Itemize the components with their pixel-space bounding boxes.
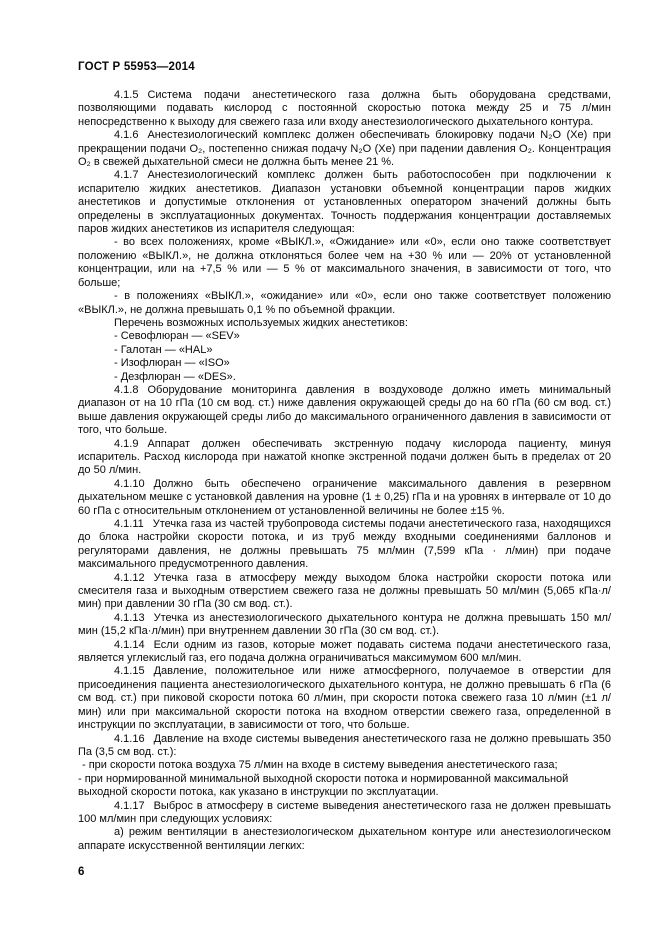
- paragraph-4-1-14: 4.1.14Если одним из газов, которые может…: [78, 639, 611, 666]
- list-item-accuracy-off: - в положениях «ВЫКЛ.», «ожидание» или «…: [78, 290, 611, 317]
- clause-text: - в положениях «ВЫКЛ.», «ожидание» или «…: [78, 290, 611, 315]
- clause-text: Система подачи анестетического газа долж…: [78, 89, 611, 128]
- clause-text: - Изофлюран — «ISO»: [114, 357, 230, 369]
- paragraph-4-1-9: 4.1.9Аппарат должен обеспечивать экстрен…: [78, 438, 611, 478]
- paragraph-4-1-16: 4.1.16Давление на входе системы выведени…: [78, 733, 611, 760]
- paragraph-4-1-10: 4.1.10Должно быть обеспечено ограничение…: [78, 478, 611, 518]
- clause-number: 4.1.13: [114, 612, 145, 624]
- clause-number: 4.1.5: [114, 89, 138, 101]
- clause-number: 4.1.16: [114, 733, 145, 745]
- document-body: 4.1.5Система подачи анестетического газа…: [78, 89, 611, 853]
- list-item-flow-rate: - при скорости потока воздуха 75 л/мин н…: [78, 759, 611, 772]
- clause-text: - при нормированной минимальной выходной…: [78, 773, 568, 798]
- clause-text: Выброс в атмосферу в системе выведения а…: [78, 800, 611, 825]
- clause-text: Если одним из газов, которые может подав…: [78, 639, 611, 664]
- paragraph-4-1-7: 4.1.7Анестезиологический комплекс должен…: [78, 169, 611, 236]
- clause-text: Анестезиологический комплекс должен быть…: [78, 169, 611, 235]
- paragraph-4-1-12: 4.1.12Утечка газа в атмосферу между выхо…: [78, 572, 611, 612]
- paragraph-4-1-13: 4.1.13Утечка из анестезиологического дых…: [78, 612, 611, 639]
- clause-number: 4.1.8: [114, 384, 138, 396]
- clause-number: 4.1.12: [114, 572, 145, 584]
- clause-text: - Галотан — «HAL»: [114, 344, 212, 356]
- paragraph-4-1-15: 4.1.15Давление, положительное или ниже а…: [78, 665, 611, 732]
- clause-text: Утечка из анестезиологического дыхательн…: [78, 612, 611, 637]
- clause-number: 4.1.10: [114, 478, 145, 490]
- list-item-sevoflurane: - Севофлюран — «SEV»: [78, 330, 611, 343]
- clause-number: 4.1.17: [114, 800, 145, 812]
- list-item-rated-flow: - при нормированной минимальной выходной…: [78, 773, 611, 800]
- clause-number: 4.1.15: [114, 665, 145, 677]
- paragraph-4-1-5: 4.1.5Система подачи анестетического газа…: [78, 89, 611, 129]
- clause-text: Анестезиологический комплекс должен обес…: [78, 129, 611, 168]
- clause-number: 4.1.9: [114, 438, 138, 450]
- clause-number: 4.1.14: [114, 639, 145, 651]
- paragraph-4-1-17: 4.1.17Выброс в атмосферу в системе вывед…: [78, 800, 611, 827]
- clause-number: 4.1.7: [114, 169, 138, 181]
- clause-text: - во всех положениях, кроме «ВЫКЛ.», «Ож…: [78, 236, 611, 288]
- clause-text: Аппарат должен обеспечивать экстренную п…: [78, 438, 611, 477]
- clause-text: Утечка газа в атмосферу между выходом бл…: [78, 572, 611, 611]
- list-item-accuracy-on: - во всех положениях, кроме «ВЫКЛ.», «Ож…: [78, 236, 611, 290]
- list-item-isoflurane: - Изофлюран — «ISO»: [78, 357, 611, 370]
- clause-text: - Севофлюран — «SEV»: [114, 330, 240, 342]
- page-number: 6: [78, 866, 84, 878]
- clause-text: Должно быть обеспечено ограничение макси…: [78, 478, 611, 517]
- paragraph-4-1-11: 4.1.11Утечка газа из частей трубопровода…: [78, 518, 611, 572]
- list-item-desflurane: - Дезфлюран — «DES».: [78, 371, 611, 384]
- document-page: ГОСТ Р 55953—2014 4.1.5Система подачи ан…: [0, 0, 661, 935]
- paragraph-4-1-8: 4.1.8Оборудование мониторинга давления в…: [78, 384, 611, 438]
- clause-text: Давление, положительное или ниже атмосфе…: [78, 665, 611, 731]
- list-item-ventilation-mode: а) режим вентиляции в анестезиологическо…: [78, 826, 611, 853]
- paragraph-4-1-6: 4.1.6Анестезиологический комплекс должен…: [78, 129, 611, 169]
- clause-text: - Дезфлюран — «DES».: [114, 371, 236, 383]
- clause-text: Утечка газа из частей трубопровода систе…: [78, 518, 611, 570]
- clause-text: Оборудование мониторинга давления в возд…: [78, 384, 611, 436]
- clause-number: 4.1.11: [114, 518, 144, 530]
- clause-text: Перечень возможных используемых жидких а…: [114, 317, 408, 329]
- clause-number: 4.1.6: [114, 129, 138, 141]
- standard-designation: ГОСТ Р 55953—2014: [78, 61, 195, 73]
- clause-text: Давление на входе системы выведения анес…: [78, 733, 611, 758]
- list-item-halothane: - Галотан — «HAL»: [78, 344, 611, 357]
- clause-text: - при скорости потока воздуха 75 л/мин н…: [82, 759, 558, 771]
- anesthetics-list-intro: Перечень возможных используемых жидких а…: [78, 317, 611, 330]
- clause-text: а) режим вентиляции в анестезиологическо…: [78, 826, 611, 851]
